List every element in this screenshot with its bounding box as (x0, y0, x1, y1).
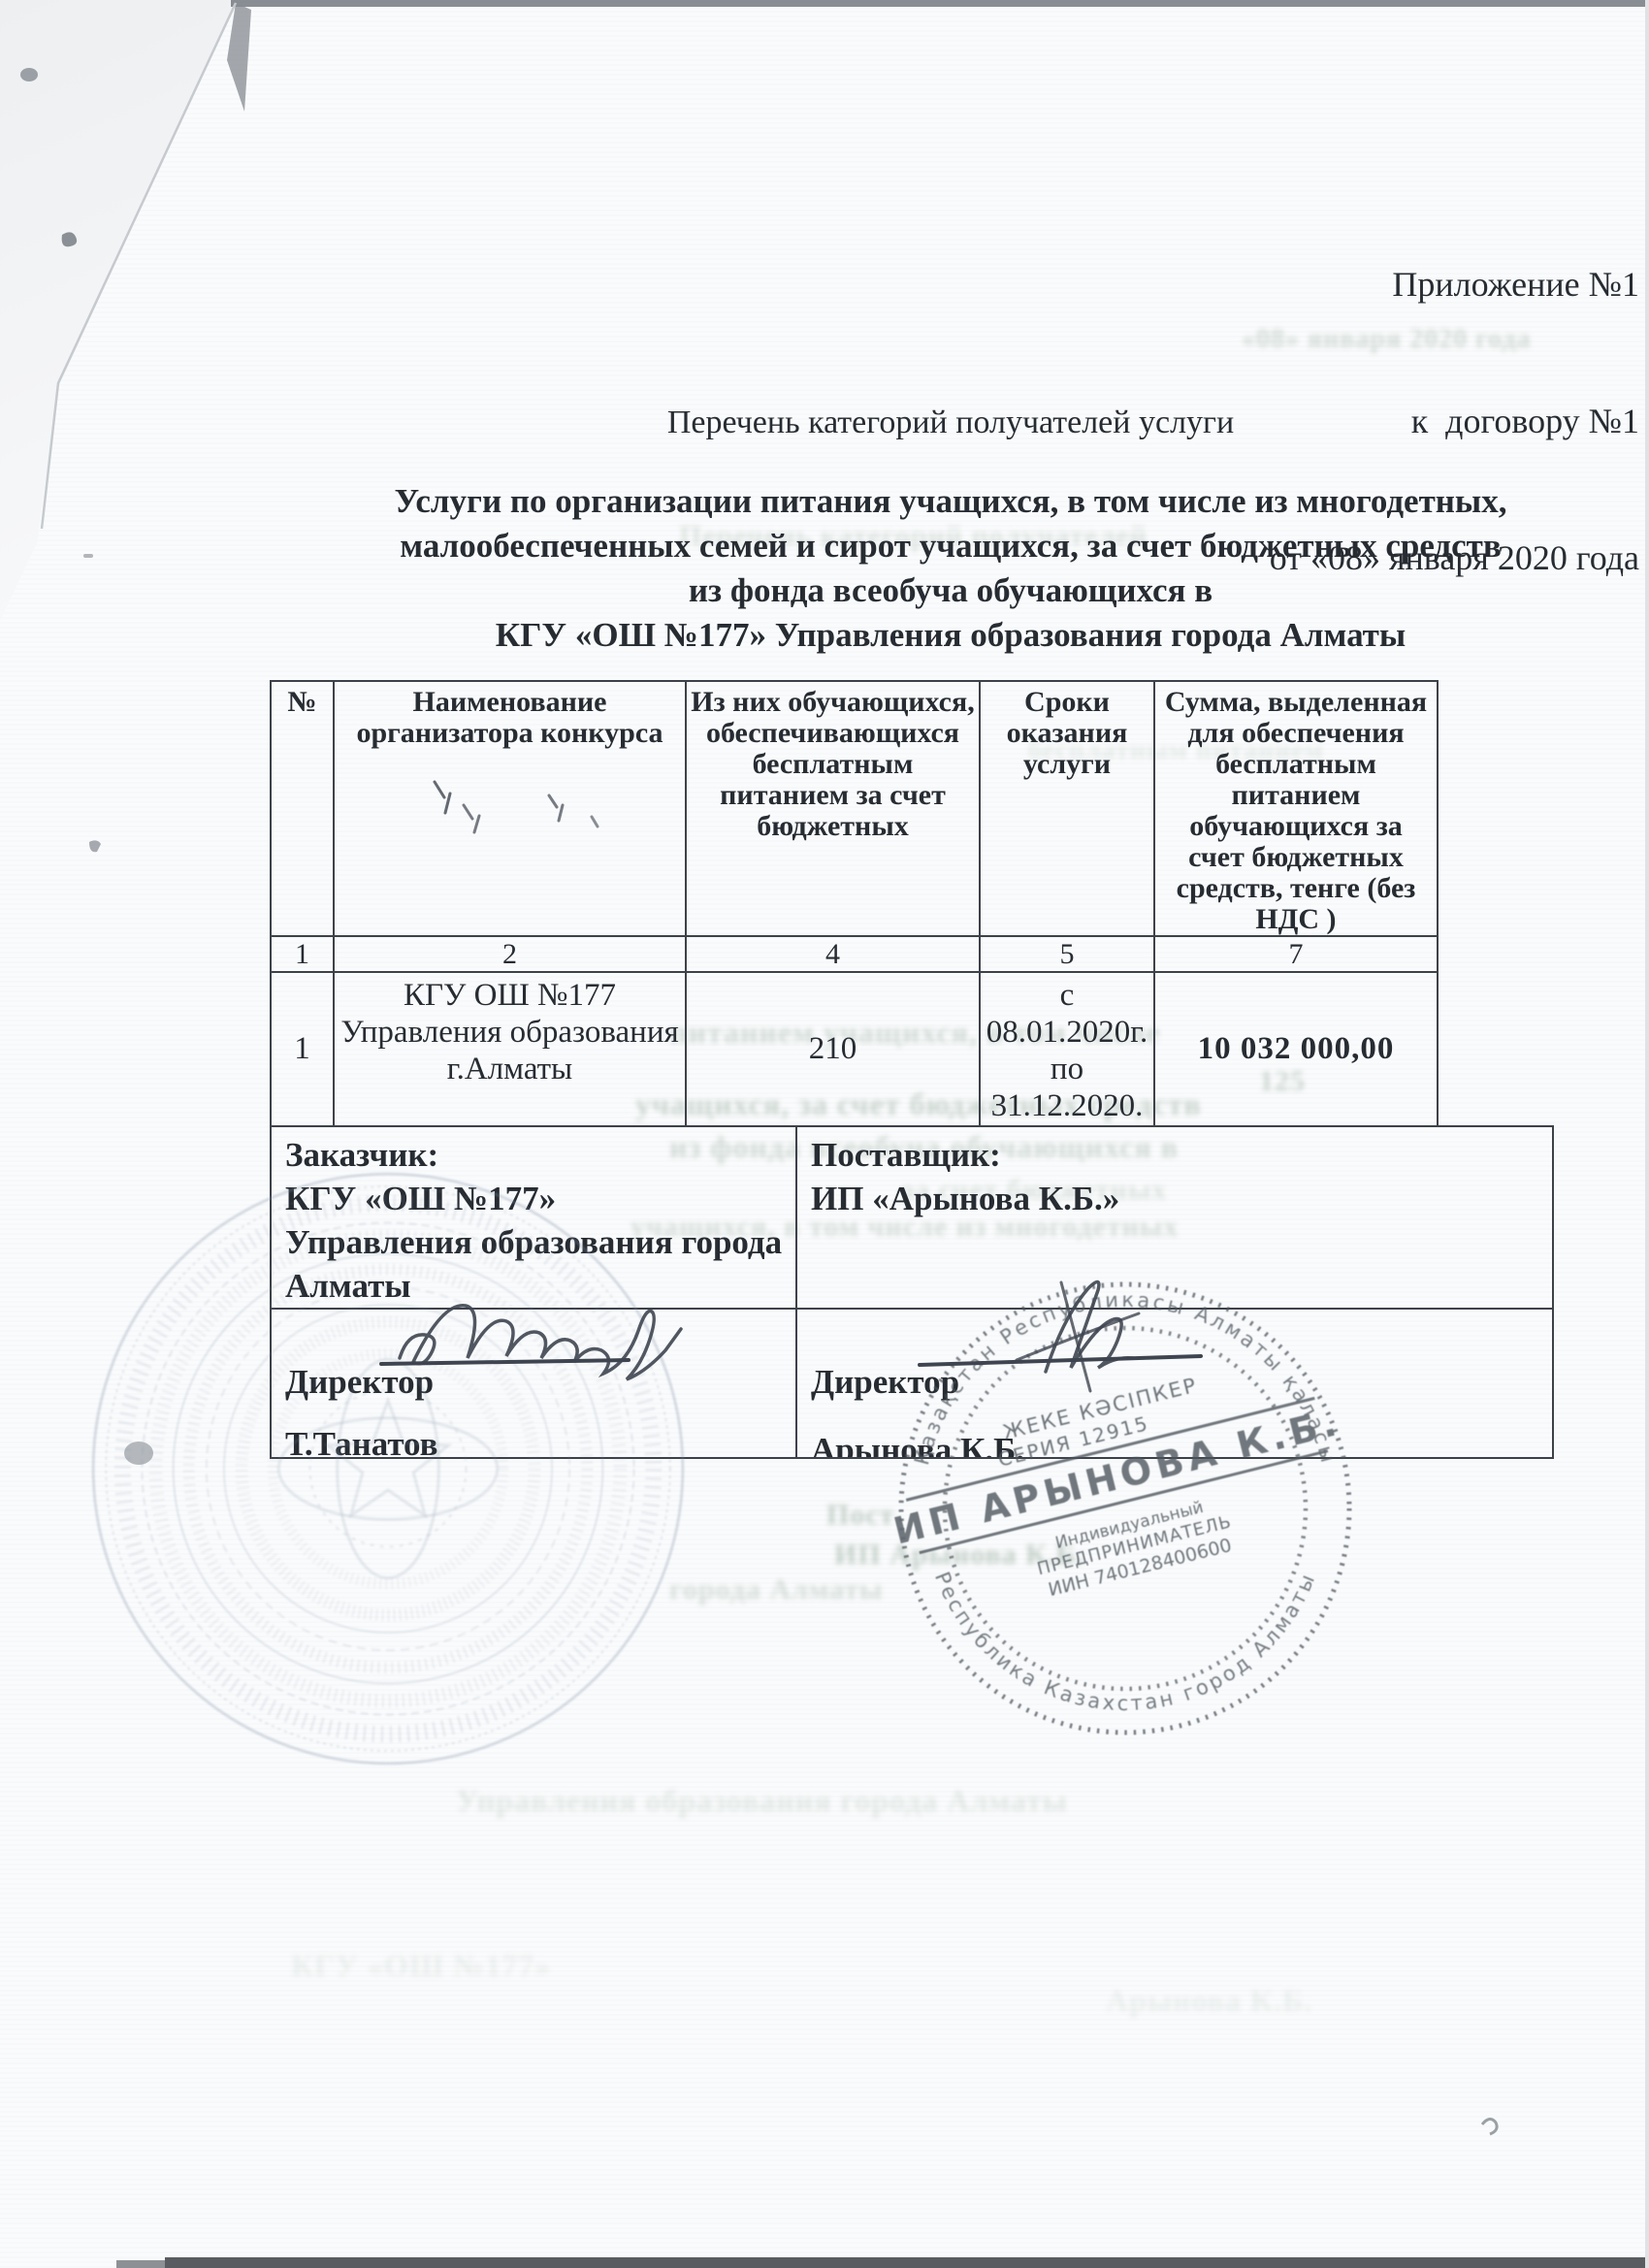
recipients-table: № Наименование организатора конкурса Из … (270, 680, 1439, 1127)
supplier-stamp: Қазақстан Республикасы Алматы қаласы Рес… (888, 1271, 1363, 1746)
page-corner-fold (0, 0, 291, 660)
col-header-number: № (271, 681, 334, 936)
scanner-bottom-edge-fade (116, 2260, 165, 2268)
column-number-row: 1 2 4 5 7 (271, 936, 1438, 972)
col-header-amount: Сумма, выделенная для обеспечения беспла… (1154, 681, 1438, 936)
speck (1482, 2119, 1497, 2134)
subject-line: КГУ «ОШ №177» Управления образования гор… (272, 613, 1630, 658)
supplier-org: ИП «Арынова К.Б.» (811, 1177, 1542, 1220)
appendix-line: Приложение №1 (873, 262, 1639, 308)
column-number: 5 (980, 936, 1154, 972)
scanner-top-edge (231, 0, 1649, 7)
bleedthrough-text: Пост (826, 1499, 894, 1532)
column-number: 7 (1154, 936, 1438, 972)
column-number: 2 (334, 936, 686, 972)
bleedthrough-text: КГУ «ОШ №177» (291, 1948, 551, 1984)
bleedthrough-text: Управления образования города Алматы (456, 1783, 1068, 1819)
stamp-arc-bottom-text: Республика Казахстан город Алматы (930, 1569, 1320, 1715)
service-subject: Услуги по организации питания учащихся, … (272, 479, 1630, 658)
column-number: 1 (271, 936, 334, 972)
cell-row-number: 1 (271, 972, 334, 1126)
scanner-right-edge (1645, 0, 1649, 2268)
fold-shadow (227, 3, 251, 112)
cell-amount: 10 032 000,00 (1154, 972, 1438, 1126)
col-header-period: Сроки оказания услуги (980, 681, 1154, 936)
subject-line: Услуги по организации питания учащихся, … (272, 479, 1630, 524)
scanner-bottom-edge (165, 2257, 1649, 2268)
col-header-students: Из них обучающихся, обеспечивающихся бес… (686, 681, 980, 936)
bleedthrough-text: Арынова К.Б. (1106, 1983, 1312, 2019)
cell-organizer: КГУ ОШ №177 Управления образования г.Алм… (334, 972, 686, 1126)
scanned-document-page: «08» января 2020 года Перечень категорий… (0, 0, 1649, 2268)
column-number: 4 (686, 936, 980, 972)
table-row: 1 КГУ ОШ №177 Управления образования г.А… (271, 972, 1438, 1126)
col-header-organizer: Наименование организатора конкурса (334, 681, 686, 936)
table-header-row: № Наименование организатора конкурса Из … (271, 681, 1438, 936)
speck (83, 554, 93, 558)
supplier-label: Поставщик: (811, 1133, 1542, 1177)
svg-text:Республика Казахстан город Алм: Республика Казахстан город Алматы (930, 1569, 1320, 1715)
subject-line: из фонда всеобуча обучающихся в (272, 568, 1630, 613)
speck (89, 840, 101, 852)
document-title: Перечень категорий получателей услуги (272, 405, 1630, 441)
cell-service-period: с 08.01.2020г. по 31.12.2020. (980, 972, 1154, 1126)
subject-line: малообеспеченных семей и сирот учащихся,… (272, 524, 1630, 568)
cell-students-count: 210 (686, 972, 980, 1126)
customer-seal-stamp (76, 1156, 700, 1781)
bleedthrough-text: города Алматы (669, 1573, 883, 1606)
